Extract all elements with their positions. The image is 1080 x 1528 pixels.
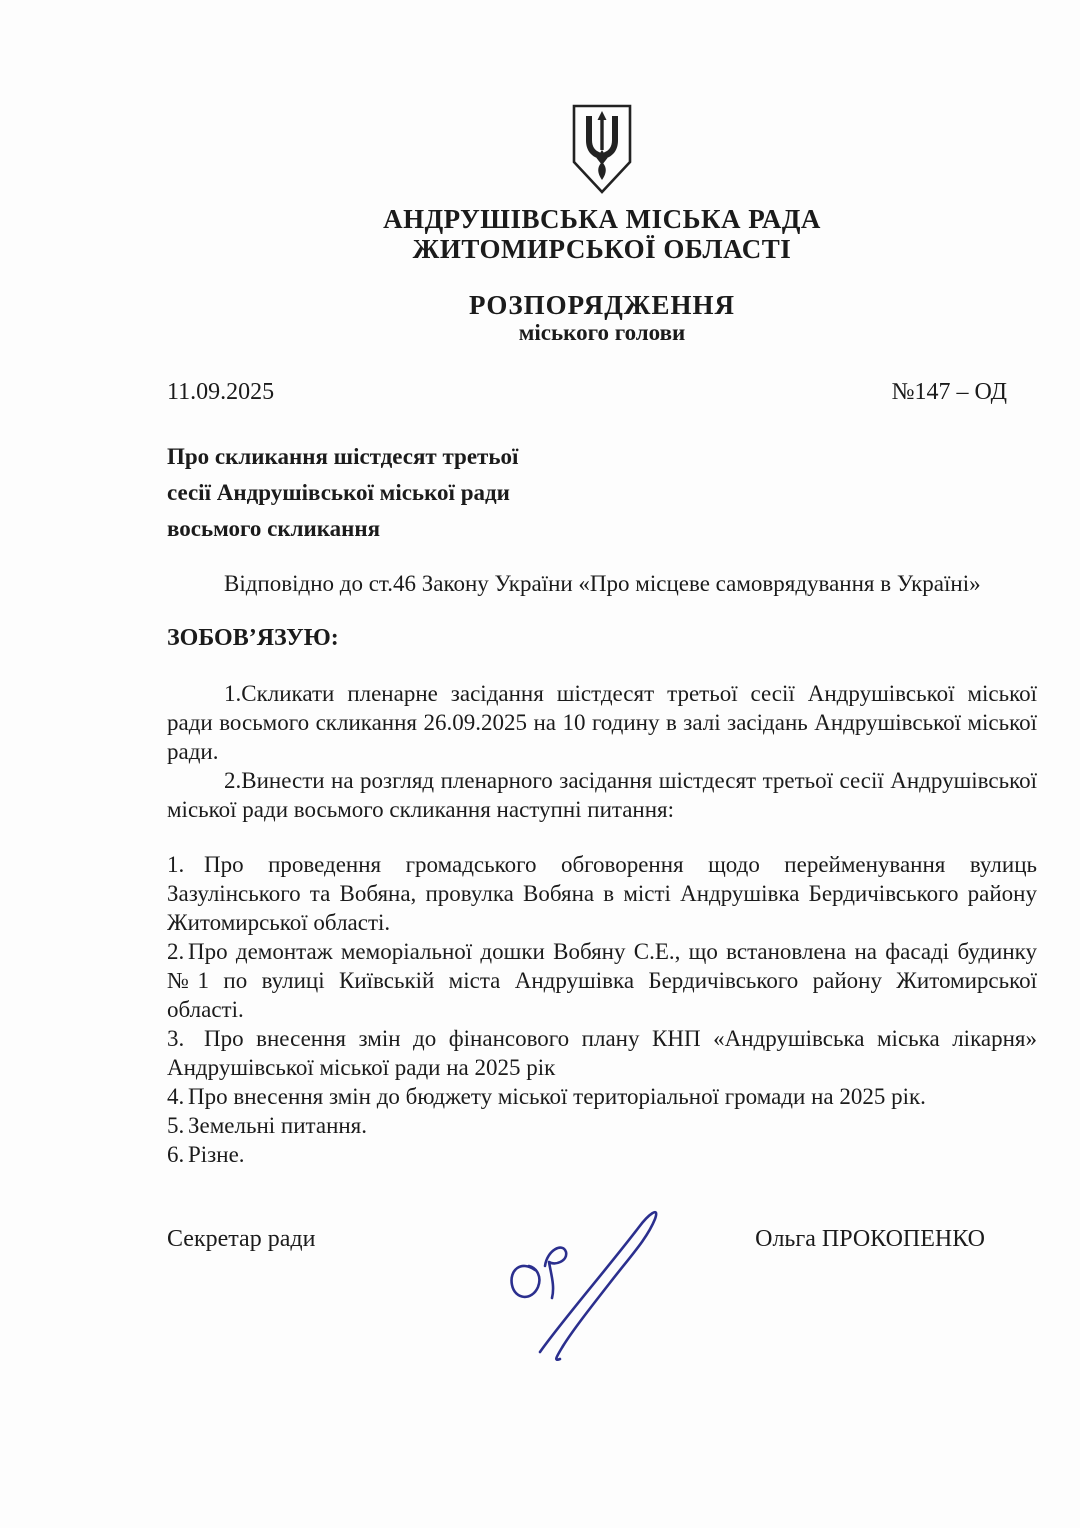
signer-name: Ольга ПРОКОПЕНКО	[755, 1225, 985, 1254]
subject-line: Про скликання шістдесят третьої	[167, 439, 727, 475]
agenda-text: Про демонтаж меморіальної дошки Вобяну С…	[167, 939, 1037, 1022]
agenda-number: 3.	[167, 1024, 204, 1053]
document-header: АНДРУШІВСЬКА МІСЬКА РАДА ЖИТОМИРСЬКОЇ ОБ…	[167, 104, 1037, 346]
resolution-number: 1.	[224, 681, 241, 706]
agenda-text: Земельні питання.	[188, 1113, 367, 1138]
document-type-title: РОЗПОРЯДЖЕННЯ	[167, 290, 1037, 320]
resolution-item: 2.Винести на розгляд пленарного засіданн…	[167, 766, 1037, 824]
coat-of-arms-icon	[571, 104, 633, 196]
subject-line: восьмого скликання	[167, 511, 727, 547]
agenda-list: 1.Про проведення громадського обговоренн…	[167, 850, 1037, 1169]
agenda-item: 2.Про демонтаж меморіальної дошки Вобяну…	[167, 937, 1037, 1024]
resolution-text: Винести на розгляд пленарного засідання …	[167, 768, 1037, 822]
agenda-item: 6.Різне.	[167, 1140, 1037, 1169]
agenda-text: Про внесення змін до фінансового плану К…	[167, 1026, 1037, 1080]
agenda-text: Різне.	[188, 1142, 245, 1167]
org-name-line2: ЖИТОМИРСЬКОЇ ОБЛАСТІ	[167, 234, 1037, 264]
meta-row: 11.09.2025 №147 – ОД	[167, 378, 1037, 407]
agenda-item: 3.Про внесення змін до фінансового плану…	[167, 1024, 1037, 1082]
document-date: 11.09.2025	[167, 378, 274, 407]
agenda-number: 5.	[167, 1111, 188, 1140]
signer-role: Секретар ради	[167, 1225, 315, 1254]
document-number: №147 – ОД	[892, 378, 1007, 407]
resolution-heading: ЗОБОВ’ЯЗУЮ:	[167, 624, 1037, 653]
signature-row: Секретар ради Ольга ПРОКОПЕНКО	[167, 1225, 1037, 1254]
document-page: АНДРУШІВСЬКА МІСЬКА РАДА ЖИТОМИРСЬКОЇ ОБ…	[0, 0, 1080, 1528]
document-subtype: міського голови	[167, 320, 1037, 346]
agenda-number: 6.	[167, 1140, 188, 1169]
resolution-text: Скликати пленарне засідання шістдесят тр…	[167, 681, 1037, 764]
agenda-item: 5.Земельні питання.	[167, 1111, 1037, 1140]
agenda-item: 1.Про проведення громадського обговоренн…	[167, 850, 1037, 937]
agenda-text: Про проведення громадського обговорення …	[167, 852, 1037, 935]
subject-line: сесії Андрушівської міської ради	[167, 475, 727, 511]
agenda-number: 1.	[167, 850, 204, 879]
subject-block: Про скликання шістдесят третьої сесії Ан…	[167, 439, 727, 547]
resolutions-block: 1.Скликати пленарне засідання шістдесят …	[167, 679, 1037, 824]
agenda-number: 2.	[167, 937, 188, 966]
resolution-item: 1.Скликати пленарне засідання шістдесят …	[167, 679, 1037, 766]
agenda-item: 4.Про внесення змін до бюджету міської т…	[167, 1082, 1037, 1111]
agenda-text: Про внесення змін до бюджету міської тер…	[188, 1084, 926, 1109]
org-name-line1: АНДРУШІВСЬКА МІСЬКА РАДА	[167, 204, 1037, 234]
preamble-paragraph: Відповідно до ст.46 Закону України «Про …	[167, 569, 1037, 598]
resolution-number: 2.	[224, 768, 241, 793]
agenda-number: 4.	[167, 1082, 188, 1111]
